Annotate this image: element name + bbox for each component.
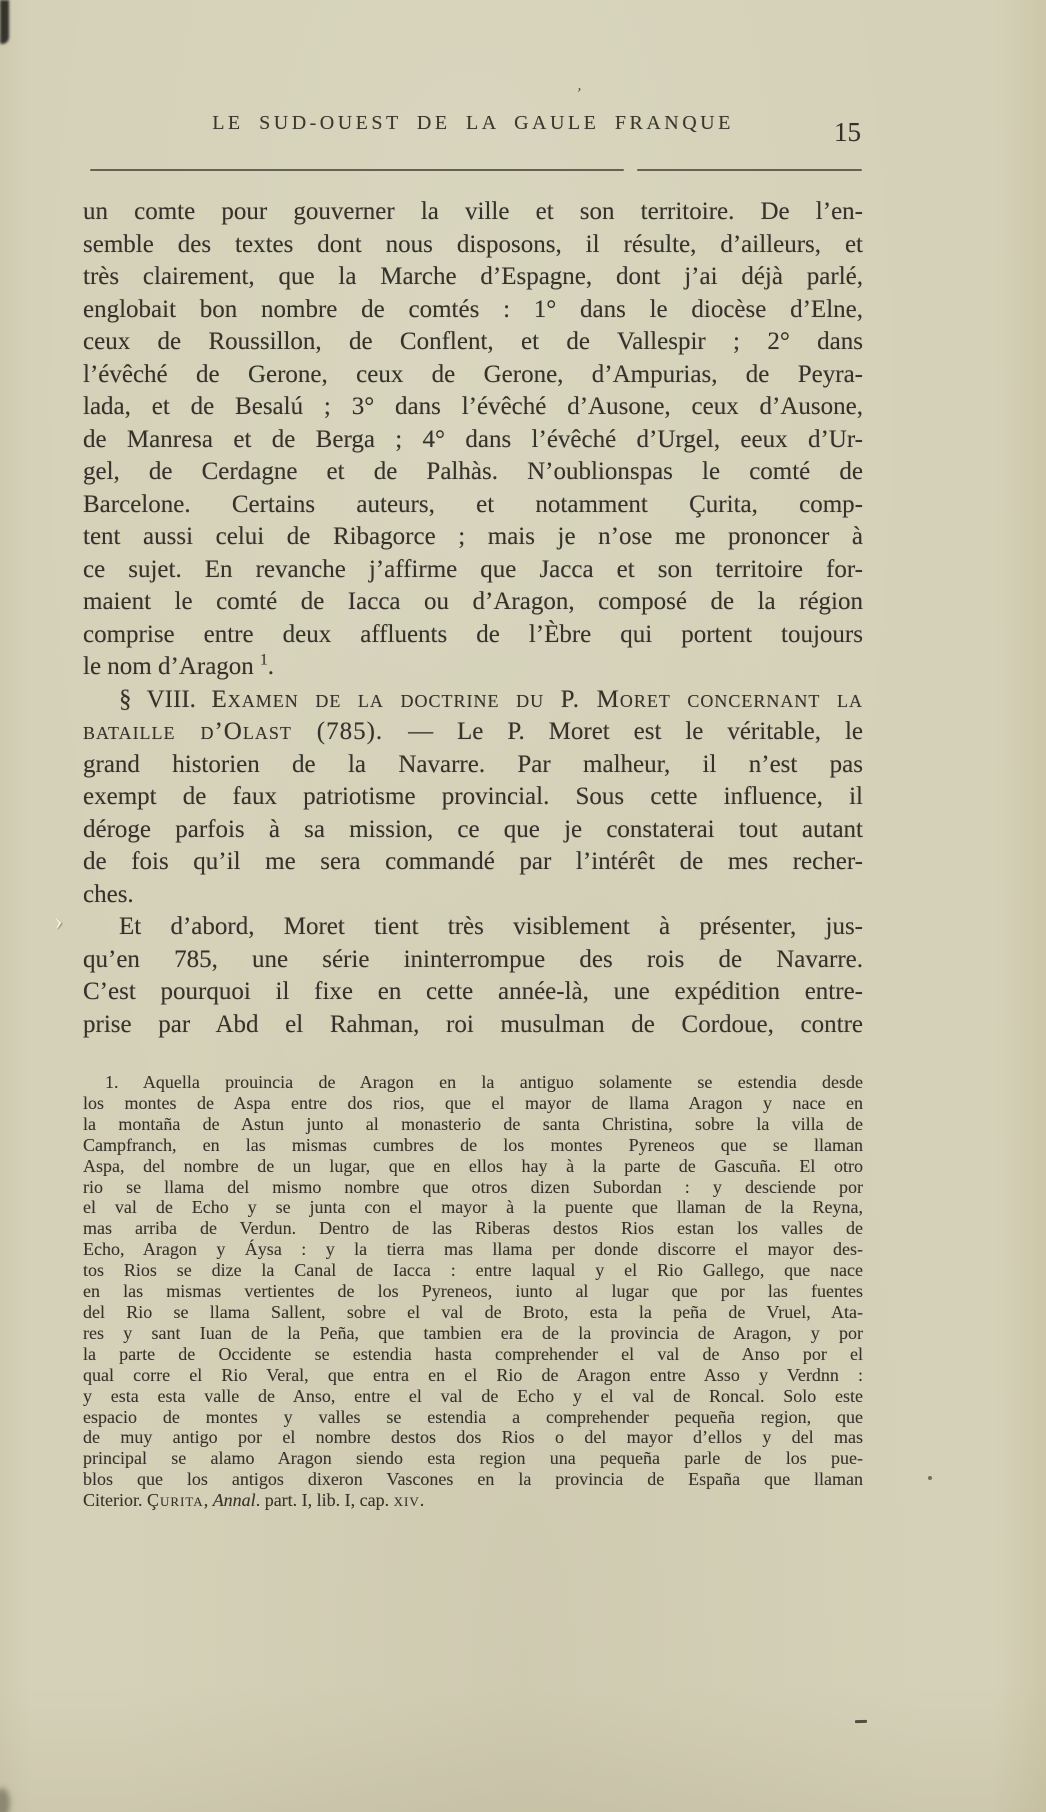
scan-speck-dot (928, 1476, 932, 1480)
footnote-text-line: los montes de Aspa entre dos rios, que e… (83, 1093, 863, 1114)
body-text-line: de fois qu’il me sera commandé par l’int… (83, 846, 863, 879)
footnote-text-line: blos que los antigos dixeron Vascones en… (83, 1469, 863, 1490)
footnote-text-line: en las mismas vertientes de los Pyreneos… (83, 1281, 863, 1302)
body-text-line: maient le comté de Iacca ou d’Aragon, co… (83, 586, 863, 619)
header-rule-left-segment (90, 169, 624, 171)
body-text-line: gel, de Cerdagne et de Palhàs. N’oublion… (83, 456, 863, 489)
footnote-text-line: el val de Echo y se junta con el mayor à… (83, 1197, 863, 1218)
body-text-line: Et d’abord, Moret tient très visiblement… (83, 911, 863, 944)
body-text-line: déroge parfois à sa mission, ce que je c… (83, 814, 863, 847)
footnote-text-line: Citerior. Çurita, Annal. part. I, lib. I… (83, 1490, 863, 1511)
body-text-line: grand historien de la Navarre. Par malhe… (83, 749, 863, 782)
scan-dark-corner-mark-bottom-left (0, 1788, 10, 1812)
body-text-line: le nom d’Aragon 1. (83, 651, 863, 684)
scan-speck-dash (855, 1720, 867, 1723)
footnote-text-line: mas arriba de Verdun. Dentro de las Ribe… (83, 1218, 863, 1239)
body-text-line: qu’en 785, une série ininterrompue des r… (83, 944, 863, 977)
body-text-line: bataille d’Olast (785). — Le P. Moret es… (83, 716, 863, 749)
body-text-line: ches. (83, 879, 863, 912)
body-text-line: C’est pourquoi il fixe en cette année-là… (83, 976, 863, 1009)
footnote-text-line: rio se llama del mismo nombre que otros … (83, 1177, 863, 1198)
footnote-text-line: qual corre el Rio Veral, que entra en el… (83, 1365, 863, 1386)
body-text-line: comprise entre deux affluents de l’Èbre … (83, 619, 863, 652)
body-text-line: ceux de Roussillon, de Conflent, et de V… (83, 326, 863, 359)
scan-dark-corner-mark-top-left (0, 0, 9, 44)
body-text: un comte pour gouverner la ville et son … (83, 196, 863, 1041)
body-text-line: prise par Abd el Rahman, roi musulman de… (83, 1009, 863, 1042)
running-title: LE SUD-OUEST DE LA GAULE FRANQUE (83, 112, 863, 135)
body-text-line: tent aussi celui de Ribagorce ; mais je … (83, 521, 863, 554)
body-text-line: de Manresa et de Berga ; 4° dans l’évêch… (83, 424, 863, 457)
footnote-text-line: principal se alamo Aragon siendo esta re… (83, 1448, 863, 1469)
header-rule-right-segment (637, 169, 862, 171)
page-number: 15 (834, 117, 894, 148)
body-text-line: très clairement, que la Marche d’Espagne… (83, 261, 863, 294)
footnote-text-line: tos Rios se dize la Canal de Iacca : ent… (83, 1260, 863, 1281)
footnote-text-line: la montaña de Astun junto al monasterio … (83, 1114, 863, 1135)
scanned-book-page: LE SUD-OUEST DE LA GAULE FRANQUE 15 un c… (0, 0, 1046, 1812)
footnote-text-line: la parte de Occidente se estendia hasta … (83, 1344, 863, 1365)
body-text-line: § VIII. Examen de la doctrine du P. More… (83, 684, 863, 717)
body-text-line: exempt de faux patriotisme provincial. S… (83, 781, 863, 814)
body-text-line: lada, et de Besalú ; 3° dans l’évêché d’… (83, 391, 863, 424)
scan-crease-mark: › (52, 906, 64, 937)
footnote-text-line: espacio de montes y valles se estendia a… (83, 1407, 863, 1428)
body-text-line: ce sujet. En revanche j’affirme que Jacc… (83, 554, 863, 587)
footnote-text-line: Aspa, del nombre de un lugar, que en ell… (83, 1156, 863, 1177)
footnote-text-line: Echo, Aragon y Áysa : y la tierra mas ll… (83, 1239, 863, 1260)
footnote-text-line: 1. Aquella prouincia de Aragon en la ant… (83, 1072, 863, 1093)
body-text-line: Barcelone. Certains auteurs, et notammen… (83, 489, 863, 522)
footnote-text: 1. Aquella prouincia de Aragon en la ant… (83, 1072, 863, 1511)
footnote-text-line: res y sant Iuan de la Peña, que tambien … (83, 1323, 863, 1344)
footnote-text-line: de muy antigo por el nombre destos dos R… (83, 1427, 863, 1448)
body-text-line: un comte pour gouverner la ville et son … (83, 196, 863, 229)
body-text-line: englobait bon nombre de comtés : 1° dans… (83, 294, 863, 327)
footnote-text-line: del Rio se llama Sallent, sobre el val d… (83, 1302, 863, 1323)
footnote-text-line: y esta esta valle de Anso, entre el val … (83, 1386, 863, 1407)
body-text-line: l’évêché de Gerone, ceux de Gerone, d’Am… (83, 359, 863, 392)
scan-speck-mark: ’ (575, 86, 583, 104)
footnote-text-line: Campfranch, en las mismas cumbres de los… (83, 1135, 863, 1156)
body-text-line: semble des textes dont nous disposons, i… (83, 229, 863, 262)
